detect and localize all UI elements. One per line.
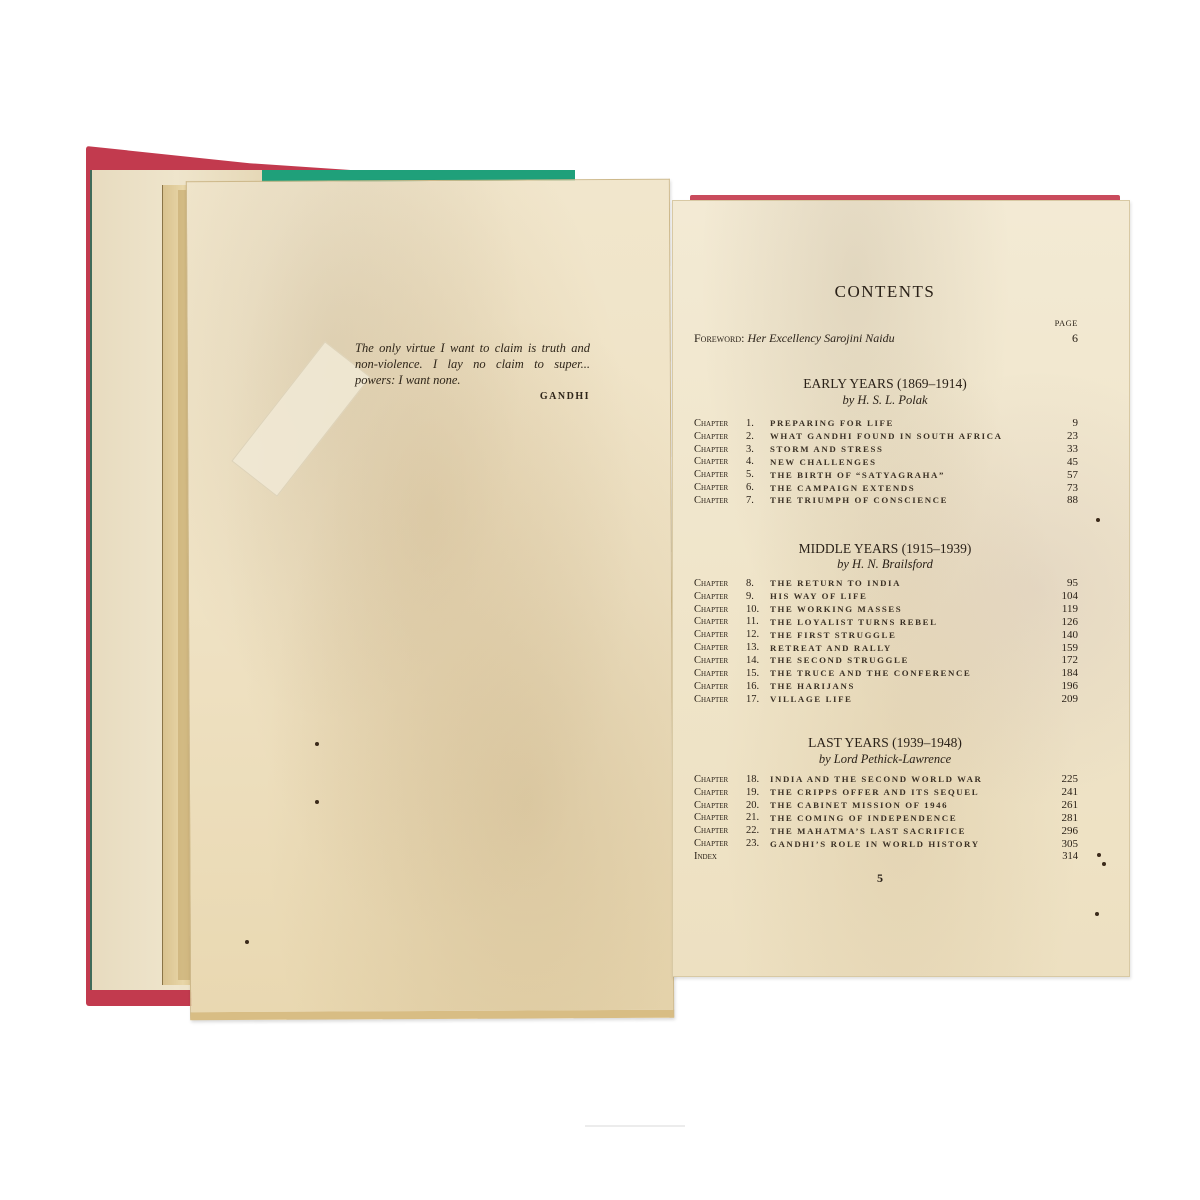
- toc-row[interactable]: Chapter23.GANDHI’S ROLE IN WORLD HISTORY…: [694, 837, 1078, 850]
- age-spot: [315, 800, 319, 804]
- chapter-page: 23: [1038, 430, 1078, 442]
- chapter-label: Chapter: [694, 604, 746, 615]
- chapter-page: 296: [1038, 825, 1078, 837]
- chapter-title: THE WORKING MASSES: [770, 604, 1038, 614]
- chapter-number: 11.: [746, 616, 770, 627]
- index-page: 314: [1062, 851, 1078, 862]
- chapter-page: 159: [1038, 642, 1078, 654]
- chapter-title: STORM AND STRESS: [770, 444, 1038, 454]
- chapter-title: THE MAHATMA’S LAST SACRIFICE: [770, 826, 1038, 836]
- chapter-page: 126: [1038, 616, 1078, 628]
- chapter-number: 21.: [746, 812, 770, 823]
- chapter-number: 16.: [746, 681, 770, 692]
- chapter-page: 209: [1038, 693, 1078, 705]
- chapter-title: THE CABINET MISSION OF 1946: [770, 800, 1038, 810]
- chapter-title: THE CAMPAIGN EXTENDS: [770, 483, 1038, 493]
- chapter-label: Chapter: [694, 482, 746, 493]
- chapter-number: 10.: [746, 604, 770, 615]
- toc-row[interactable]: Chapter17.VILLAGE LIFE209: [694, 693, 1078, 706]
- toc-row[interactable]: Chapter22.THE MAHATMA’S LAST SACRIFICE29…: [694, 824, 1078, 837]
- chapter-label: Chapter: [694, 578, 746, 589]
- toc-row[interactable]: Chapter13.RETREAT AND RALLY159: [694, 641, 1078, 654]
- toc-row[interactable]: Chapter20.THE CABINET MISSION OF 1946261: [694, 799, 1078, 812]
- chapter-number: 4.: [746, 456, 770, 467]
- age-spot: [1095, 912, 1099, 916]
- chapter-page: 95: [1038, 577, 1078, 589]
- chapter-title: PREPARING FOR LIFE: [770, 418, 1038, 428]
- chapter-label: Chapter: [694, 444, 746, 455]
- chapter-label: Chapter: [694, 774, 746, 785]
- chapter-number: 23.: [746, 838, 770, 849]
- section-heading-early-years: EARLY YEARS (1869–1914): [680, 376, 1090, 392]
- chapter-title: VILLAGE LIFE: [770, 694, 1038, 704]
- chapter-label: Chapter: [694, 469, 746, 480]
- chapter-title: THE HARIJANS: [770, 681, 1038, 691]
- contents-title: CONTENTS: [680, 282, 1090, 302]
- chapter-label: Chapter: [694, 418, 746, 429]
- chapter-label: Chapter: [694, 787, 746, 798]
- page-number-folio: 5: [860, 871, 900, 886]
- chapter-number: 20.: [746, 800, 770, 811]
- chapter-label: Chapter: [694, 812, 746, 823]
- toc-row[interactable]: Chapter12.THE FIRST STRUGGLE140: [694, 628, 1078, 641]
- age-spot: [1102, 862, 1106, 866]
- foreword-row[interactable]: Foreword: Her Excellency Sarojini Naidu …: [694, 331, 1078, 346]
- chapter-label: Chapter: [694, 591, 746, 602]
- toc-row[interactable]: Chapter2.WHAT GANDHI FOUND IN SOUTH AFRI…: [694, 430, 1078, 443]
- chapter-title: THE TRUCE AND THE CONFERENCE: [770, 668, 1038, 678]
- chapter-page: 261: [1038, 799, 1078, 811]
- chapter-number: 1.: [746, 418, 770, 429]
- section-heading-middle-years: MIDDLE YEARS (1915–1939): [680, 541, 1090, 557]
- chapter-title: GANDHI’S ROLE IN WORLD HISTORY: [770, 839, 1038, 849]
- chapter-label: Chapter: [694, 629, 746, 640]
- toc-row[interactable]: Chapter16.THE HARIJANS196: [694, 680, 1078, 693]
- chapter-title: THE BIRTH OF “SATYAGRAHA”: [770, 470, 1038, 480]
- toc-row[interactable]: Chapter15.THE TRUCE AND THE CONFERENCE18…: [694, 667, 1078, 680]
- toc-row[interactable]: Chapter1.PREPARING FOR LIFE9: [694, 417, 1078, 430]
- chapter-label: Chapter: [694, 655, 746, 666]
- chapter-page: 140: [1038, 629, 1078, 641]
- chapter-number: 19.: [746, 787, 770, 798]
- toc-row[interactable]: Chapter8.THE RETURN TO INDIA95: [694, 577, 1078, 590]
- chapter-number: 22.: [746, 825, 770, 836]
- chapter-page: 73: [1038, 482, 1078, 494]
- chapter-number: 15.: [746, 668, 770, 679]
- chapter-label: Chapter: [694, 800, 746, 811]
- toc-row[interactable]: Chapter9.HIS WAY OF LIFE104: [694, 590, 1078, 603]
- chapter-label: Chapter: [694, 668, 746, 679]
- chapter-number: 17.: [746, 694, 770, 705]
- chapter-title: THE TRIUMPH OF CONSCIENCE: [770, 495, 1038, 505]
- chapter-label: Chapter: [694, 456, 746, 467]
- chapter-label: Chapter: [694, 642, 746, 653]
- chapter-page: 45: [1038, 456, 1078, 468]
- floor-shadow: [585, 1125, 685, 1127]
- toc-row[interactable]: Chapter14.THE SECOND STRUGGLE172: [694, 654, 1078, 667]
- chapter-title: THE CRIPPS OFFER AND ITS SEQUEL: [770, 787, 1038, 797]
- section-author-middle-years: by H. N. Brailsford: [680, 557, 1090, 572]
- chapter-label: Chapter: [694, 616, 746, 627]
- toc-middle-years: Chapter8.THE RETURN TO INDIA95 Chapter9.…: [694, 577, 1078, 705]
- chapter-title: THE COMING OF INDEPENDENCE: [770, 813, 1038, 823]
- toc-row[interactable]: Chapter11.THE LOYALIST TURNS REBEL126: [694, 616, 1078, 629]
- chapter-label: Chapter: [694, 495, 746, 506]
- chapter-title: INDIA AND THE SECOND WORLD WAR: [770, 774, 1038, 784]
- chapter-title: WHAT GANDHI FOUND IN SOUTH AFRICA: [770, 431, 1038, 441]
- foreword-page: 6: [1072, 331, 1078, 346]
- chapter-number: 18.: [746, 774, 770, 785]
- left-page: [186, 179, 674, 1021]
- chapter-label: Chapter: [694, 681, 746, 692]
- section-author-early-years: by H. S. L. Polak: [680, 393, 1090, 408]
- foreword-author: Her Excellency Sarojini Naidu: [747, 331, 894, 345]
- foreword-label: Foreword:: [694, 331, 744, 345]
- chapter-label: Chapter: [694, 694, 746, 705]
- chapter-label: Chapter: [694, 431, 746, 442]
- age-spot: [315, 742, 319, 746]
- toc-row[interactable]: Chapter7.THE TRIUMPH OF CONSCIENCE88: [694, 494, 1078, 507]
- chapter-number: 13.: [746, 642, 770, 653]
- chapter-number: 14.: [746, 655, 770, 666]
- chapter-number: 3.: [746, 444, 770, 455]
- chapter-page: 184: [1038, 667, 1078, 679]
- chapter-page: 241: [1038, 786, 1078, 798]
- chapter-page: 305: [1038, 838, 1078, 850]
- chapter-number: 9.: [746, 591, 770, 602]
- epigraph-quote: The only virtue I want to claim is truth…: [355, 340, 590, 388]
- toc-row[interactable]: Chapter19.THE CRIPPS OFFER AND ITS SEQUE…: [694, 786, 1078, 799]
- chapter-number: 7.: [746, 495, 770, 506]
- chapter-title: THE FIRST STRUGGLE: [770, 630, 1038, 640]
- chapter-number: 5.: [746, 469, 770, 480]
- chapter-number: 2.: [746, 431, 770, 442]
- chapter-page: 57: [1038, 469, 1078, 481]
- toc-early-years: Chapter1.PREPARING FOR LIFE9 Chapter2.WH…: [694, 417, 1078, 507]
- chapter-page: 9: [1038, 417, 1078, 429]
- chapter-page: 33: [1038, 443, 1078, 455]
- chapter-page: 196: [1038, 680, 1078, 692]
- section-author-last-years: by Lord Pethick-Lawrence: [680, 752, 1090, 767]
- chapter-page: 225: [1038, 773, 1078, 785]
- chapter-title: NEW CHALLENGES: [770, 457, 1038, 467]
- chapter-page: 104: [1038, 590, 1078, 602]
- page-column-label: PAGE: [1030, 318, 1078, 328]
- chapter-page: 172: [1038, 654, 1078, 666]
- chapter-number: 8.: [746, 578, 770, 589]
- index-label: Index: [694, 851, 717, 862]
- chapter-number: 6.: [746, 482, 770, 493]
- toc-row[interactable]: Chapter5.THE BIRTH OF “SATYAGRAHA”57: [694, 468, 1078, 481]
- section-heading-last-years: LAST YEARS (1939–1948): [680, 735, 1090, 751]
- toc-last-years: Chapter18.INDIA AND THE SECOND WORLD WAR…: [694, 773, 1078, 850]
- toc-row[interactable]: Chapter10.THE WORKING MASSES119: [694, 603, 1078, 616]
- toc-row[interactable]: Chapter3.STORM AND STRESS33: [694, 443, 1078, 456]
- chapter-title: RETREAT AND RALLY: [770, 643, 1038, 653]
- chapter-page: 281: [1038, 812, 1078, 824]
- age-spot: [245, 940, 249, 944]
- index-row[interactable]: Index 314: [694, 851, 1078, 862]
- chapter-label: Chapter: [694, 825, 746, 836]
- epigraph-author: GANDHI: [470, 391, 590, 402]
- chapter-page: 88: [1038, 494, 1078, 506]
- toc-row[interactable]: Chapter18.INDIA AND THE SECOND WORLD WAR…: [694, 773, 1078, 786]
- chapter-title: THE RETURN TO INDIA: [770, 578, 1038, 588]
- chapter-title: THE LOYALIST TURNS REBEL: [770, 617, 1038, 627]
- toc-row[interactable]: Chapter4.NEW CHALLENGES45: [694, 456, 1078, 469]
- toc-row[interactable]: Chapter21.THE COMING OF INDEPENDENCE281: [694, 812, 1078, 825]
- age-spot: [1097, 853, 1101, 857]
- chapter-title: THE SECOND STRUGGLE: [770, 655, 1038, 665]
- chapter-label: Chapter: [694, 838, 746, 849]
- toc-row[interactable]: Chapter6.THE CAMPAIGN EXTENDS73: [694, 481, 1078, 494]
- chapter-page: 119: [1038, 603, 1078, 615]
- chapter-title: HIS WAY OF LIFE: [770, 591, 1038, 601]
- age-spot: [1096, 518, 1100, 522]
- chapter-number: 12.: [746, 629, 770, 640]
